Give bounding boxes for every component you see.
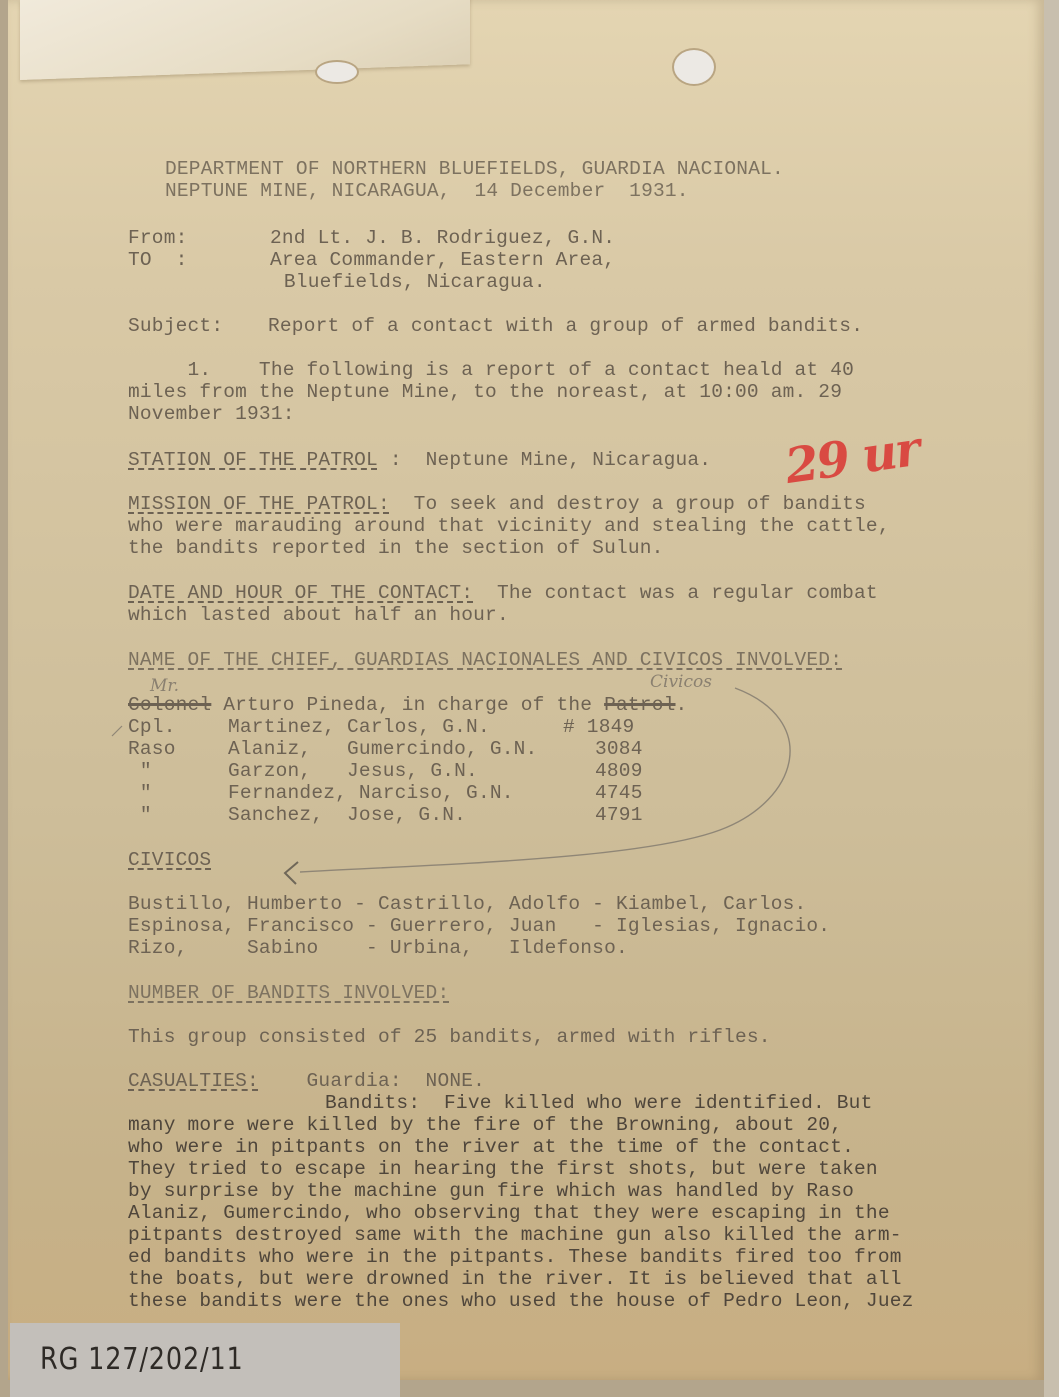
civicos-line: Bustillo, Humberto - Castrillo, Adolfo -… (128, 893, 806, 915)
casualties-line: pitpants destroyed same with the machine… (128, 1224, 902, 1246)
civicos-line: Rizo, Sabino - Urbina, Ildefonso. (128, 937, 628, 959)
archive-label: RG 127/202/11 (40, 1342, 244, 1377)
casualties-label: CASUALTIES: (128, 1070, 259, 1092)
civicos-line: Espinosa, Francisco - Guerrero, Juan - I… (128, 915, 830, 937)
casualties-bandits: Bandits: Five killed who were identified… (325, 1092, 873, 1114)
civicos-heading: CIVICOS (128, 849, 211, 871)
casualties-line: many more were killed by the fire of the… (128, 1114, 842, 1136)
casualties-line: Alaniz, Gumercindo, who observing that t… (128, 1202, 890, 1224)
casualties-line: the boats, but were drowned in the river… (128, 1268, 902, 1290)
casualties-line: ed bandits who were in the pitpants. The… (128, 1246, 902, 1268)
bandits-text: This group consisted of 25 bandits, arme… (128, 1026, 771, 1048)
casualties-line: They tried to escape in hearing the firs… (128, 1158, 878, 1180)
casualties-line: these bandits were the ones who used the… (128, 1290, 914, 1312)
casualties-guardia: Guardia: NONE. (259, 1070, 485, 1092)
casualties-row: CASUALTIES: Guardia: NONE. (128, 1070, 485, 1092)
casualties-line: by surprise by the machine gun fire whic… (128, 1180, 854, 1202)
casualties-line: who were in pitpants on the river at the… (128, 1136, 854, 1158)
bandits-heading: NUMBER OF BANDITS INVOLVED: (128, 982, 449, 1004)
